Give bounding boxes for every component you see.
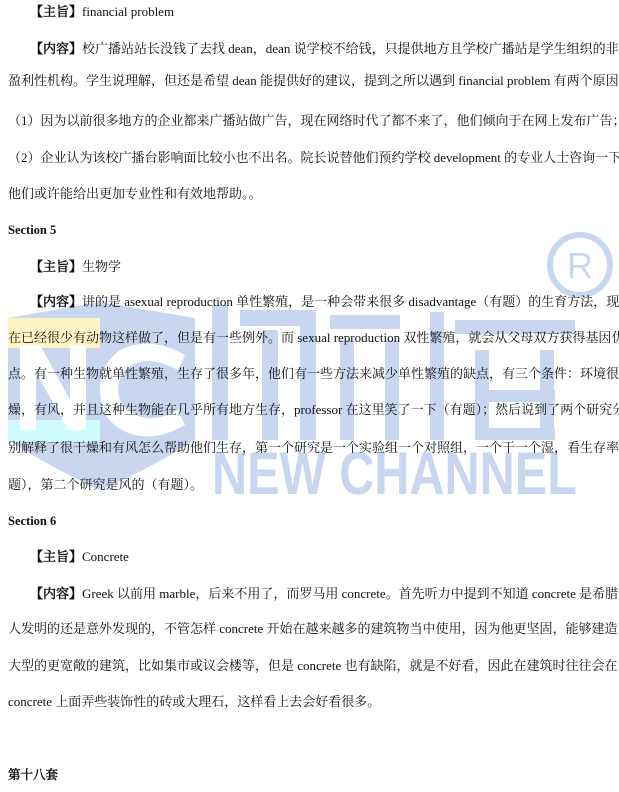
- section5-content-line: 题），第二个研究是风的（有题）。: [8, 477, 203, 493]
- content-label: 【内容】: [30, 294, 82, 309]
- next-set-heading: 第十八套: [8, 767, 58, 783]
- topic-label: 【主旨】: [30, 549, 82, 564]
- content-label: 【内容】: [30, 586, 82, 601]
- section5-content-line: 点。有一种生物就单性繁殖，生存了很多年，他们有一些方法来减少单性繁殖的缺点，有三…: [8, 366, 619, 382]
- section6-content-line: concrete 上面弄些装饰性的砖或大理石，这样看上去会好看很多。: [8, 694, 380, 710]
- section5-topic: 【主旨】生物学: [30, 259, 121, 275]
- section5-heading: Section 5: [8, 222, 56, 238]
- topic-value: Concrete: [82, 549, 129, 564]
- svg-text:R: R: [567, 245, 593, 286]
- section5-content-line: 【内容】讲的是 asexual reproduction 单性繁殖，是一种会带来…: [30, 294, 619, 310]
- section4-content-line: 【内容】校广播站站长没钱了去找 dean，dean 说学校不给钱，只提供地方且学…: [30, 41, 619, 57]
- section6-topic: 【主旨】Concrete: [30, 549, 129, 565]
- section6-content-line: 【内容】Greek 以前用 marble，后来不用了，而罗马用 concrete…: [30, 586, 618, 602]
- topic-value: 生物学: [82, 259, 121, 274]
- section5-content-line: 在已经很少有动物这样做了，但是有一些例外。而 sexual reproducti…: [8, 330, 619, 346]
- section4-content-line: 盈利性机构。学生说理解，但还是希望 dean 能提供好的建议，提到之所以遇到 f…: [8, 73, 619, 89]
- topic-label: 【主旨】: [30, 259, 82, 274]
- registered-mark-icon: R: [550, 235, 610, 295]
- section6-content-line: 大型的更宽敞的建筑，比如集市或议会楼等，但是 concrete 也有缺陷，就是不…: [8, 658, 618, 674]
- topic-label: 【主旨】: [30, 4, 82, 19]
- section4-reason-1: （1）因为以前很多地方的企业都来广播站做广告，现在网络时代了都不来了，他们倾向于…: [8, 113, 619, 129]
- section4-content-line: 他们或许能给出更加专业性和有效地帮助。。: [8, 186, 262, 202]
- section6-heading: Section 6: [8, 513, 56, 529]
- section5-content-line: 别解释了很干燥和有风怎么帮助他们生存，第一个研究是一个实验组一个对照组，一个干一…: [8, 440, 619, 456]
- section6-content-line: 人发明的还是意外发现的，不管怎样 concrete 开始在越来越多的建筑物当中使…: [8, 621, 619, 637]
- section4-reason-2: （2）企业认为该校广播台影响面比较小也不出名。院长说替他们预约学校 develo…: [8, 150, 619, 166]
- content-label: 【内容】: [30, 41, 82, 56]
- section4-topic: 【主旨】financial problem: [30, 4, 174, 20]
- section5-content-line: 燥，有风，并且这种生物能在几乎所有地方生存，professor 在这里笑了一下（…: [8, 402, 619, 418]
- topic-value: financial problem: [82, 4, 174, 19]
